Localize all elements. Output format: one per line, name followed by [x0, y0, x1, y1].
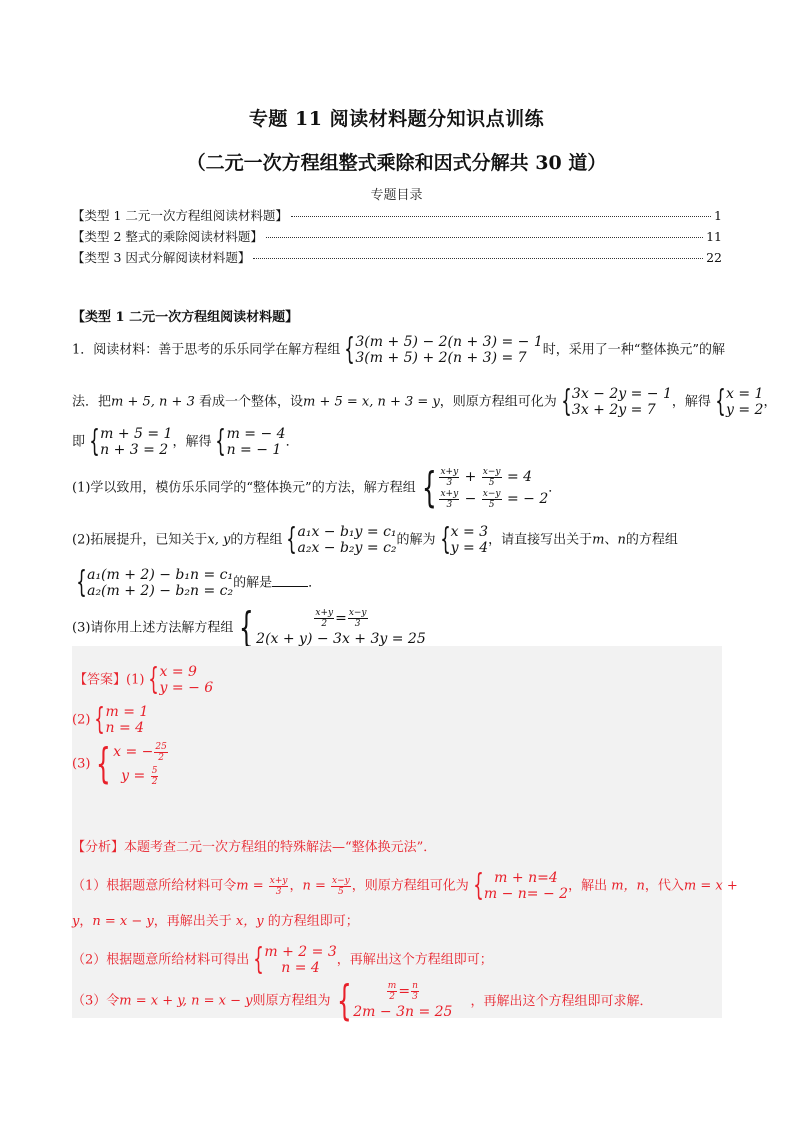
- analysis-step-2: （2）根据题意所给材料可得出{m + 2 = 3n = 4，再解出这个方程组即可…: [72, 944, 493, 976]
- math-expr: m + 5, n + 3: [111, 395, 195, 410]
- math-expr: n =: [303, 879, 326, 894]
- solution-system: {x = 3y = 4: [436, 524, 489, 556]
- analysis-text: 则原方程组为: [253, 994, 331, 1009]
- analysis-text: ，解出: [568, 879, 611, 894]
- equation-line: n = 4: [281, 960, 320, 976]
- equation-line: m = − 4: [227, 426, 286, 442]
- fraction: x−y5: [482, 489, 502, 510]
- equation-line: x = 1: [726, 386, 763, 402]
- problem-text: 时，采用了一种“整体换元”的解: [543, 343, 725, 358]
- answer-3: (3){ x = −252 y = 52: [72, 740, 169, 788]
- analysis-text: ，则原方程组可化为: [352, 879, 469, 894]
- toc-leader: [253, 258, 703, 259]
- toc-leader: [291, 216, 711, 217]
- math-expr: m =: [236, 879, 263, 894]
- answer-1: 【答案】(1){x = 9y = − 6: [74, 664, 213, 696]
- equation-system: { x+y2=x−y3 2(x + y) − 3x + 3y = 25: [233, 607, 425, 649]
- answer-prefix: (1): [126, 673, 144, 688]
- numerator: n: [411, 981, 419, 992]
- brace-icon: {: [337, 980, 352, 1022]
- brace-icon: {: [715, 387, 726, 417]
- question-text: (3)请你用上述方法解方程组: [72, 621, 233, 636]
- question-1: (1)学以致用，模仿乐乐同学的“整体换元”的方法，解方程组{ x+y3 + x−…: [72, 466, 561, 510]
- fraction: x+y2: [314, 608, 334, 629]
- equation-system: {3(m + 5) − 2(n + 3) = − 13(m + 5) + 2(n…: [340, 334, 542, 366]
- fraction: x−y5: [331, 876, 351, 897]
- toc-title: 专题目录: [0, 184, 793, 203]
- problem-text: 1．阅读材料：善于思考的乐乐同学在解方程组: [72, 343, 340, 358]
- solution-system: {x = 1y = 2: [711, 386, 764, 418]
- answer-system: { x = −252 y = 52: [90, 740, 168, 788]
- equation-line: a₁(m + 2) − b₁n = c₁: [87, 567, 233, 583]
- answer-system: {m = 1n = 4: [90, 704, 148, 736]
- brace-icon: {: [440, 525, 451, 555]
- question-text: ．: [308, 576, 321, 591]
- equation-line: a₂(m + 2) − b₂n = c₂: [87, 583, 233, 599]
- equation-line: x+y3 − x−y5 = − 2: [438, 488, 548, 510]
- rhs: = − 2: [507, 491, 548, 507]
- equation-line: 3(m + 5) − 2(n + 3) = − 1: [355, 334, 542, 350]
- numerator: x+y: [269, 876, 289, 887]
- equation-line: x = 9: [160, 664, 214, 680]
- math-expr: m = x + y, n = x − y: [119, 994, 252, 1009]
- question-text: 的解是: [233, 576, 272, 591]
- toc-item-label: 【类型 3 因式分解阅读材料题】: [72, 248, 250, 266]
- brace-icon: {: [96, 743, 111, 785]
- equation-system: {m + 2 = 3n = 4: [249, 944, 336, 976]
- fraction: m2: [387, 981, 398, 1002]
- analysis-step-1-cont: y，n = x − y，再解出关于 x，y 的方程组即可；: [72, 910, 359, 929]
- brace-icon: {: [422, 467, 437, 509]
- fraction: n3: [411, 981, 419, 1002]
- answer-prefix: (3): [72, 757, 90, 772]
- equation-line: m + n=4: [494, 870, 558, 886]
- fraction: 52: [151, 766, 159, 787]
- rhs: = 4: [507, 469, 532, 485]
- analysis-text: ，: [289, 879, 302, 894]
- fraction: 252: [154, 742, 167, 763]
- problem-intro-line: 1．阅读材料：善于思考的乐乐同学在解方程组{3(m + 5) − 2(n + 3…: [72, 334, 725, 366]
- math-expr: x，y: [236, 914, 264, 929]
- question-2-cont: {a₁(m + 2) − b₁n = c₁a₂(m + 2) − b₂n = c…: [72, 567, 321, 599]
- equation-line: y = 2: [726, 402, 763, 418]
- numerator: 25: [154, 742, 167, 753]
- question-2: (2)拓展提升，已知关于x, y的方程组{a₁x − b₁y = c₁a₂x −…: [72, 524, 678, 556]
- denominator: 2: [389, 992, 395, 1002]
- equation-line: n = − 1: [227, 442, 286, 458]
- question-text: (2)拓展提升，已知关于: [72, 533, 207, 548]
- equation-line: x+y2=x−y3: [313, 608, 368, 629]
- analysis-text: （2）根据题意所给材料可得出: [72, 953, 249, 968]
- equation-line: m = 1: [106, 704, 149, 720]
- brace-icon: {: [216, 427, 227, 457]
- brace-icon: {: [345, 335, 356, 365]
- numerator: x−y: [331, 876, 351, 887]
- toc-item-page: 22: [706, 250, 722, 265]
- brace-icon: {: [561, 387, 572, 417]
- analysis-text: ，再解出这个方程组即可；: [337, 953, 493, 968]
- denominator: 5: [338, 887, 344, 897]
- equation-line: x+y3 + x−y5 = 4: [438, 466, 548, 488]
- toc-item-page: 11: [706, 229, 722, 244]
- toc-item-page: 1: [714, 208, 722, 223]
- brace-icon: {: [239, 607, 254, 649]
- denominator: 3: [446, 500, 452, 510]
- toc-item-label: 【类型 2 整式的乘除阅读材料题】: [72, 227, 263, 245]
- analysis-step-3: （3）令m = x + y, n = x − y则原方程组为{ m2=n3 2m…: [72, 980, 652, 1022]
- equation-line: m − n= − 2: [484, 886, 568, 902]
- toc-leader: [266, 237, 703, 238]
- equation-system: { m2=n3 2m − 3n = 25: [331, 980, 453, 1022]
- fraction: x−y5: [482, 467, 502, 488]
- question-text: 的方程组: [626, 533, 678, 548]
- lhs: y =: [121, 768, 145, 784]
- toc-item-2[interactable]: 【类型 2 整式的乘除阅读材料题】 11: [72, 227, 722, 245]
- equation-line: 2m − 3n = 25: [353, 1002, 452, 1022]
- numerator: x−y: [482, 467, 502, 478]
- equation-system: {a₁(m + 2) − b₁n = c₁a₂(m + 2) − b₂n = c…: [72, 567, 233, 599]
- answer-2: (2){m = 1n = 4: [72, 704, 148, 736]
- problem-text: 即: [72, 435, 85, 450]
- math-expr: n = x − y: [92, 914, 153, 929]
- analysis-intro: 【分析】本题考查二元一次方程组的特殊解法—“整体换元法”．: [72, 836, 436, 855]
- brace-icon: {: [76, 568, 87, 598]
- fraction: x+y3: [269, 876, 289, 897]
- equation-line: m2=n3: [386, 981, 420, 1002]
- math-expr: m + 5 = x, n + 3 = y: [303, 395, 440, 410]
- question-text: 的方程组: [230, 533, 282, 548]
- math-expr: x, y: [207, 533, 230, 548]
- analysis-text: ，再解出关于: [154, 914, 236, 929]
- brace-icon: {: [254, 945, 265, 975]
- brace-icon: {: [95, 705, 106, 735]
- page-subtitle: （二元一次方程组整式乘除和因式分解共 30 道）: [0, 148, 793, 175]
- problem-text: 法．把: [72, 395, 111, 410]
- denominator: 3: [412, 992, 418, 1002]
- numerator: x−y: [482, 489, 502, 500]
- analysis-text: ，再解出这个方程组即可求解．: [452, 994, 652, 1009]
- numerator: 5: [151, 766, 159, 777]
- equation-line: 3(m + 5) + 2(n + 3) = 7: [355, 350, 542, 366]
- numerator: x+y: [439, 489, 459, 500]
- equation-line: 3x − 2y = − 1: [572, 386, 672, 402]
- operator: −: [465, 491, 477, 507]
- equation-line: n + 3 = 2: [100, 442, 172, 458]
- equation-line: y = 52: [113, 764, 169, 788]
- operator: =: [398, 983, 410, 999]
- equation-line: a₂x − b₂y = c₂: [297, 540, 396, 556]
- denominator: 3: [355, 619, 361, 629]
- equation-line: m + 2 = 3: [264, 944, 336, 960]
- problem-line-2: 法．把m + 5, n + 3 看成一个整体，设m + 5 = x, n + 3…: [72, 386, 776, 418]
- toc-item-3[interactable]: 【类型 3 因式分解阅读材料题】 22: [72, 248, 722, 266]
- analysis-text: ，代入: [645, 879, 684, 894]
- equation-line: 3x + 2y = 7: [572, 402, 672, 418]
- brace-icon: {: [473, 871, 484, 901]
- question-text: 、: [604, 533, 617, 548]
- fraction: x+y3: [439, 489, 459, 510]
- operator: =: [335, 610, 347, 626]
- problem-text: ，解得: [172, 435, 211, 450]
- equation-line: m + 5 = 1: [100, 426, 172, 442]
- numerator: x−y: [348, 608, 368, 619]
- analysis-text: （3）令: [72, 994, 119, 1009]
- analysis-text: 本题考查二元一次方程组的特殊解法—“整体换元法”．: [124, 840, 436, 855]
- denominator: 3: [276, 887, 282, 897]
- problem-line-3: 即{m + 5 = 1n + 3 = 2，解得{m = − 4n = − 1．: [72, 426, 299, 458]
- question-3: (3)请你用上述方法解方程组{ x+y2=x−y3 2(x + y) − 3x …: [72, 607, 426, 649]
- problem-text: ，则原方程组可化为: [440, 395, 557, 410]
- equation-system: {m + n=4m − n= − 2: [469, 870, 568, 902]
- operator: +: [465, 469, 477, 485]
- answer-prefix: (2): [72, 713, 90, 728]
- problem-text: ．: [286, 435, 299, 450]
- equation-line: y = − 6: [160, 680, 214, 696]
- toc-item-1[interactable]: 【类型 1 二元一次方程组阅读材料题】 1: [72, 206, 722, 224]
- answer-blank[interactable]: [272, 586, 308, 587]
- brace-icon: {: [149, 665, 160, 695]
- question-text: 的解为: [397, 533, 436, 548]
- brace-icon: {: [287, 525, 298, 555]
- equation-line: x = 3: [451, 524, 488, 540]
- answer-system: {x = 9y = − 6: [144, 664, 213, 696]
- fraction: x+y3: [439, 467, 459, 488]
- numerator: x+y: [439, 467, 459, 478]
- section-heading: 【类型 1 二元一次方程组阅读材料题】: [72, 306, 298, 325]
- numerator: m: [387, 981, 398, 992]
- problem-text: ，: [763, 395, 776, 410]
- denominator: 3: [446, 478, 452, 488]
- answer-label: 【答案】: [74, 673, 126, 688]
- analysis-text: ，: [79, 914, 92, 929]
- question-text: ．: [548, 481, 561, 496]
- equation-system: {m + 5 = 1n + 3 = 2: [85, 426, 172, 458]
- denominator: 2: [158, 753, 164, 763]
- analysis-label: 【分析】: [72, 840, 124, 855]
- fraction: x−y3: [348, 608, 368, 629]
- denominator: 2: [321, 619, 327, 629]
- equation-system: {3x − 2y = − 13x + 2y = 7: [557, 386, 672, 418]
- analysis-text: （1）根据题意所给材料可令: [72, 879, 236, 894]
- lhs: x = −: [113, 744, 153, 760]
- numerator: x+y: [314, 608, 334, 619]
- solution-system: {m = − 4n = − 1: [211, 426, 285, 458]
- analysis-step-1: （1）根据题意所给材料可令m = x+y3，n = x−y5，则原方程组可化为{…: [72, 870, 738, 902]
- denominator: 5: [489, 478, 495, 488]
- page-title: 专题 11 阅读材料题分知识点训练: [0, 104, 793, 131]
- denominator: 2: [152, 777, 158, 787]
- equation-system: {a₁x − b₁y = c₁a₂x − b₂y = c₂: [282, 524, 396, 556]
- toc-item-label: 【类型 1 二元一次方程组阅读材料题】: [72, 206, 288, 224]
- brace-icon: {: [89, 427, 100, 457]
- math-expr: m = x +: [684, 879, 738, 894]
- equation-line: a₁x − b₁y = c₁: [297, 524, 396, 540]
- equation-line: y = 4: [451, 540, 488, 556]
- question-text: (1)学以致用，模仿乐乐同学的“整体换元”的方法，解方程组: [72, 481, 416, 496]
- analysis-text: 的方程组即可；: [264, 914, 359, 929]
- math-expr: n: [617, 533, 625, 548]
- math-expr: m: [592, 533, 604, 548]
- equation-system: { x+y3 + x−y5 = 4 x+y3 − x−y5 = − 2: [416, 466, 549, 510]
- problem-text: 看成一个整体，设: [195, 395, 303, 410]
- equation-line: n = 4: [106, 720, 149, 736]
- equation-line: x = −252: [113, 740, 169, 764]
- denominator: 5: [489, 500, 495, 510]
- problem-text: ，解得: [672, 395, 711, 410]
- question-text: ，请直接写出关于: [488, 533, 592, 548]
- math-expr: m，n: [611, 879, 645, 894]
